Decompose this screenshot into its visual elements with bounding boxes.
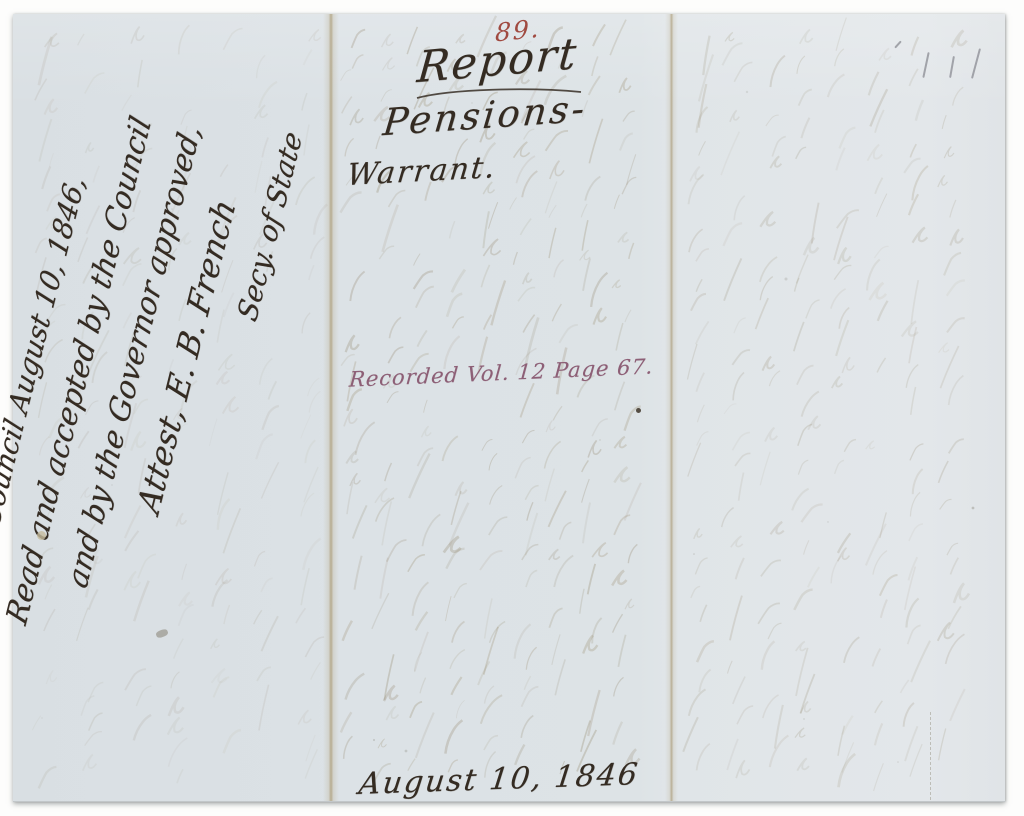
ink-speck (636, 408, 641, 413)
attestation-block: In Council August 10, 1846, Read and acc… (0, 42, 327, 646)
recorded-line: Recorded Vol. 12 Page 67. (348, 354, 654, 391)
document-page: In Council August 10, 1846, Read and acc… (13, 14, 1005, 802)
scan-background: In Council August 10, 1846, Read and acc… (0, 0, 1024, 816)
title-warrant: Warrant. (345, 150, 498, 193)
pencil-tick (894, 40, 902, 48)
fold-line-left (323, 14, 339, 801)
crease-mark (930, 712, 931, 800)
pencil-stroke (922, 52, 929, 78)
pencil-stroke (971, 48, 981, 78)
pencil-marks (891, 36, 1021, 111)
fold-line-right (665, 14, 678, 801)
date-line: August 10, 1846 (357, 757, 641, 802)
pencil-stroke (949, 56, 955, 78)
title-report: Report (415, 29, 580, 94)
